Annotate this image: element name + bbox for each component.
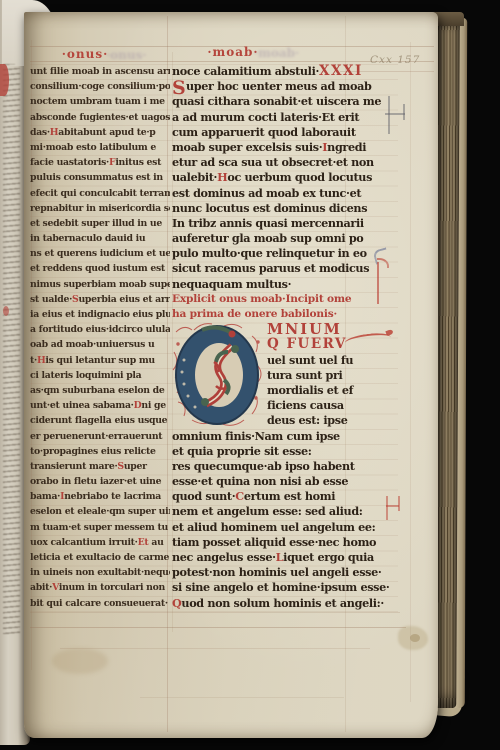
- text-segment-caps2: Q FUERV: [267, 336, 347, 352]
- manuscript-text-line: orabo in fletu iazer·et uine: [30, 474, 170, 489]
- facing-page-red-fleck: [3, 306, 9, 316]
- manuscript-text-line: potest·non hominis uel angeli esse·: [172, 565, 398, 580]
- text-segment-i: efecit qui conculcabit terram: [30, 188, 170, 199]
- parchment-stain: [410, 634, 420, 642]
- manuscript-text-line: et reddens quod iustum est: [30, 261, 170, 276]
- text-segment-i: ngredi: [327, 140, 366, 154]
- red-bracket-mark: [386, 496, 388, 520]
- manuscript-text-line: ha prima de onere babilonis·: [172, 307, 398, 322]
- text-segment-i: res quecumque·ab ipso habent: [172, 459, 355, 473]
- text-segment-i: consilium·coge consilium·pone: [30, 81, 170, 92]
- manuscript-text-line: puluis consummatus est in: [30, 170, 170, 185]
- text-segment-i: facie uastatoris·: [30, 157, 109, 168]
- text-segment-i: ficiens causa: [267, 398, 344, 412]
- text-segment-i: inum in torculari non: [59, 582, 165, 593]
- text-segment-i: uper hoc uenter meus ad moab: [186, 79, 371, 93]
- manuscript-text-line: etur ad sca sua ut obsecret·et non: [172, 155, 398, 170]
- manuscript-text-line: si sine angelo et homine·ipsum esse·: [172, 580, 398, 595]
- manuscript-text-line: nequaquam multus·: [172, 277, 398, 292]
- text-segment-r: Q: [172, 596, 181, 610]
- manuscript-text-line: et aliud hominem uel angelum ee:: [172, 520, 398, 535]
- text-segment-i: et reddens quod iustum est: [30, 263, 165, 274]
- manuscript-text-line: ci lateris loquimini pla: [30, 368, 170, 383]
- text-segment-i: nequaquam multus·: [172, 277, 291, 291]
- fore-edge-page-stack: [434, 20, 460, 708]
- text-segment-r: Et: [138, 537, 149, 548]
- manuscript-text-line: a fortitudo eius·idcirco ulula: [30, 322, 170, 337]
- manuscript-text-line: er peruenerunt·errauerunt: [30, 429, 170, 444]
- manuscript-text-line: leticia et exultacio de carme: [30, 550, 170, 565]
- manuscript-text-line: noce calamitium abstuli·XXXI: [172, 64, 398, 79]
- text-segment-r: Explicit onus moab·Incipit ome: [172, 293, 351, 305]
- manuscript-text-line: nimus superbiam moab super: [30, 277, 170, 292]
- manuscript-text-line: quod sunt·Certum est homi: [172, 489, 398, 504]
- text-segment-i: absconde fugientes·et uagos: [30, 112, 170, 123]
- ruling-line: [30, 627, 406, 628]
- manuscript-text-line: res quecumque·ab ipso habent: [172, 459, 398, 474]
- text-segment-i: uperbia eius et arro: [78, 294, 170, 305]
- text-column-left: unt filie moab in ascensu arno·consilium…: [30, 64, 170, 613]
- text-segment-i: a fortitudo eius·idcirco ulula: [30, 324, 170, 335]
- text-segment-r: ha prima de onere babilonis·: [172, 308, 337, 320]
- text-segment-i: orabo in fletu iazer·et uine: [30, 476, 161, 487]
- nota-mark-red-stem: [377, 262, 379, 304]
- text-segment-i: repnabitur in misericordia so: [30, 203, 170, 214]
- text-segment-i: ertum est homi: [244, 489, 335, 503]
- text-segment-i: ciderunt flagella eius usque: [30, 415, 167, 426]
- text-segment-i: t·: [30, 355, 37, 366]
- manuscript-text-line: cum apparuerit quod laborauit: [172, 125, 398, 140]
- manuscript-text-line: a ad murum cocti lateris·Et erit: [172, 110, 398, 125]
- manuscript-text-line: et sedebit super illud in ue: [30, 216, 170, 231]
- manuscript-text-line: moab super excelsis suis·Ingredi: [172, 140, 398, 155]
- ruling-line: [60, 648, 370, 649]
- manuscript-text-line: oab ad moab·uniuersus u: [30, 337, 170, 352]
- text-segment-i: sicut racemus paruus et modicus: [172, 261, 369, 275]
- manuscript-text-line: repnabitur in misericordia so: [30, 201, 170, 216]
- text-segment-i: unt filie moab in ascensu arno·: [30, 66, 170, 77]
- text-segment-i: abit·: [30, 582, 52, 593]
- text-segment-i: transierunt mare·: [30, 461, 117, 472]
- pencil-bracket-mark: [385, 113, 405, 115]
- text-segment-r: V: [52, 582, 59, 593]
- manuscript-text-line: to·propagines eius relicte: [30, 444, 170, 459]
- manuscript-text-line: noctem umbram tuam i me: [30, 94, 170, 109]
- text-segment-i: nimus superbiam moab super: [30, 279, 170, 290]
- text-segment-i: nec angelus esse·: [172, 550, 276, 564]
- manuscript-text-line: ciderunt flagella eius usque: [30, 413, 170, 428]
- manuscript-text-line: sicut racemus paruus et modicus: [172, 261, 398, 276]
- text-segment-i: in tabernaculo dauid iu: [30, 233, 145, 244]
- manuscript-text-line: transierunt mare·Super: [30, 459, 170, 474]
- text-segment-i: ualebit·: [172, 170, 217, 184]
- manuscript-text-line: eselon et eleale·qm super uin: [30, 504, 170, 519]
- text-segment-i: potest·non hominis uel angeli esse·: [172, 565, 381, 579]
- text-segment-i: omnium finis·Nam cum ipse: [172, 429, 340, 443]
- red-bracket-mark: [398, 496, 400, 511]
- manuscript-text-line: nec angelus esse·Liquet ergo quia: [172, 550, 398, 565]
- manuscript-text-line: auferetur gla moab sup omni po: [172, 231, 398, 246]
- text-segment-i: bama·: [30, 491, 60, 502]
- manuscript-text-line: unt filie moab in ascensu arno·: [30, 64, 170, 79]
- text-segment-i: pulo multo·que relinquetur in eo: [172, 246, 367, 260]
- text-segment-i: etur ad sca sua ut obsecret·et non: [172, 155, 374, 169]
- right-column-upper-text: noce calamitium abstuli·XXXISuper hoc ue…: [172, 64, 398, 292]
- text-segment-i: noctem umbram tuam i me: [30, 96, 165, 107]
- text-segment-i: nunc locutus est dominus dicens: [172, 201, 367, 215]
- running-header-right-offset-ghost: ·moab·: [254, 46, 299, 60]
- text-segment-i: initus est: [115, 157, 161, 168]
- rubric-block: Explicit onus moab·Incipit omeha prima d…: [172, 292, 398, 322]
- text-segment-i: a ad murum cocti lateris·Et erit: [172, 110, 359, 124]
- text-segment-i: deus est: ipse: [267, 413, 347, 427]
- text-segment-i: au: [148, 537, 163, 548]
- text-segment-i: si sine angelo et homine·ipsum esse·: [172, 580, 389, 594]
- text-segment-i: esse·et quina non nisi ab esse: [172, 474, 348, 488]
- manuscript-text-line: unt·et uinea sabama·Dni ge: [30, 398, 170, 413]
- text-segment-i: leticia et exultacio de carme: [30, 552, 169, 563]
- manuscript-text-line: nem et angelum esse: sed aliud:: [172, 504, 398, 519]
- text-segment-i: abitabunt apud te·p: [58, 127, 155, 138]
- manuscript-text-line: quasi cithara sonabit·et uiscera me: [172, 94, 398, 109]
- manuscript-text-line: tiam posset aliquid esse·nec homo: [172, 535, 398, 550]
- text-segment-i: m tuam·et super messem tu: [30, 522, 168, 533]
- text-segment-c: XXXI: [319, 64, 363, 79]
- manuscript-text-line: t·His qui letantur sup mu: [30, 353, 170, 368]
- text-segment-i: ns et querens iudicium et ue: [30, 248, 170, 259]
- text-segment-i: to·propagines eius relicte: [30, 446, 156, 457]
- text-segment-i: unt·et uinea sabama·: [30, 400, 134, 411]
- manuscript-text-line: uox calcantium irruit·Et au: [30, 535, 170, 550]
- parchment-stain: [52, 648, 108, 674]
- text-segment-i: das·: [30, 127, 50, 138]
- manuscript-text-line: m tuam·et super messem tu: [30, 520, 170, 535]
- manuscript-text-line: In tribz annis quasi mercennarii: [172, 216, 398, 231]
- text-segment-i: quod sunt·: [172, 489, 235, 503]
- pencil-bracket-mark: [388, 96, 390, 134]
- manuscript-text-line: omnium finis·Nam cum ipse: [172, 429, 398, 444]
- facing-page-text-edge: [3, 64, 20, 636]
- manuscript-text-line: consilium·coge consilium·pone: [30, 79, 170, 94]
- pencil-bracket-mark: [403, 104, 405, 120]
- manuscript-text-line: bama·Inebriabo te lacrima: [30, 489, 170, 504]
- running-header-left-offset-ghost: ·onus·: [106, 48, 147, 62]
- manuscript-text-line: abit·Vinum in torculari non: [30, 580, 170, 595]
- ruling-line-vertical: [410, 42, 411, 702]
- ruling-line: [140, 697, 344, 698]
- text-segment-r: H: [50, 127, 58, 138]
- text-segment-i: eselon et eleale·qm super uin: [30, 506, 170, 517]
- facing-page-red-initial-fragment: [0, 64, 9, 96]
- text-segment-r: H: [217, 170, 227, 184]
- text-segment-i: puluis consummatus est in: [30, 172, 163, 183]
- illuminated-initial-O: [172, 322, 262, 428]
- text-segment-i: et aliud hominem uel angelum ee:: [172, 520, 375, 534]
- text-segment-i: iquet ergo quia: [283, 550, 374, 564]
- text-segment-i: ni ge: [141, 400, 165, 411]
- manuscript-text-line: facie uastatoris·Finitus est: [30, 155, 170, 170]
- text-segment-i: nem et angelum esse: sed aliud:: [172, 504, 363, 518]
- text-segment-i: uox calcantium irruit·: [30, 537, 138, 548]
- manuscript-text-line: in tabernaculo dauid iu: [30, 231, 170, 246]
- text-segment-i: uod non solum hominis et angeli:·: [181, 596, 384, 610]
- manuscript-text-line: Super hoc uenter meus ad moab: [172, 79, 398, 94]
- manuscript-text-line: ualebit·Hoc uerbum quod locutus: [172, 170, 398, 185]
- photo-backdrop: { "artifact": { "type": "medieval manusc…: [0, 0, 500, 750]
- manuscript-text-line: Explicit onus moab·Incipit ome: [172, 292, 398, 307]
- text-segment-i: oab ad moab·uniuersus u: [30, 339, 154, 350]
- text-segment-i: er peruenerunt·errauerunt: [30, 431, 162, 442]
- manuscript-text-line: as·qm suburbana eselon de: [30, 383, 170, 398]
- manuscript-text-line: Quod non solum hominis et angeli:·: [172, 596, 398, 611]
- text-segment-i: oc uerbum quod locutus: [227, 170, 372, 184]
- manuscript-text-line: das·Habitabunt apud te·p: [30, 125, 170, 140]
- right-column-lower-text: omnium finis·Nam cum ipseet quia proprie…: [172, 429, 398, 611]
- manuscript-text-line: esse·et quina non nisi ab esse: [172, 474, 398, 489]
- text-segment-i: st ualde·: [30, 294, 72, 305]
- text-segment-i: is qui letantur sup mu: [45, 355, 154, 366]
- text-segment-i: as·qm suburbana eselon de: [30, 385, 164, 396]
- text-segment-r: C: [235, 489, 244, 503]
- text-segment-i: cum apparuerit quod laborauit: [172, 125, 356, 139]
- text-segment-i: mordialis et ef: [267, 383, 353, 397]
- text-segment-i: noce calamitium abstuli·: [172, 64, 319, 78]
- manuscript-text-line: st ualde·Superbia eius et arro: [30, 292, 170, 307]
- text-segment-i: et sedebit super illud in ue: [30, 218, 162, 229]
- manuscript-text-line: et quia proprie sit esse:: [172, 444, 398, 459]
- text-segment-i: mi·moab esto latibulum e: [30, 142, 156, 153]
- manuscript-text-line: efecit qui conculcabit terram: [30, 186, 170, 201]
- text-segment-i: uel sunt uel fu: [267, 353, 353, 367]
- text-segment-i: in uineis non exultabit·neque: [30, 567, 170, 578]
- text-segment-i: et quia proprie sit esse:: [172, 444, 312, 458]
- manuscript-text-line: pulo multo·que relinquetur in eo: [172, 246, 398, 261]
- text-segment-i: In tribz annis quasi mercennarii: [172, 216, 364, 230]
- manuscript-text-line: in uineis non exultabit·neque: [30, 565, 170, 580]
- text-segment-i: nebriabo te lacrima: [64, 491, 161, 502]
- manuscript-text-line: ia eius et indignacio eius plus: [30, 307, 170, 322]
- manuscript-text-line: ns et querens iudicium et ue: [30, 246, 170, 261]
- text-segment-i: est dominus ad moab ex tunc·et: [172, 186, 361, 200]
- text-segment-i: bit qui calcare consueuerat·: [30, 598, 168, 609]
- manuscript-text-line: est dominus ad moab ex tunc·et: [172, 186, 398, 201]
- manuscript-text-line: nunc locutus est dominus dicens: [172, 201, 398, 216]
- text-segment-i: ia eius et indignacio eius plus: [30, 309, 170, 320]
- text-segment-i: ci lateris loquimini pla: [30, 370, 141, 381]
- text-segment-i: tura sunt pri: [267, 368, 342, 382]
- text-segment-i: quasi cithara sonabit·et uiscera me: [172, 94, 381, 108]
- manuscript-text-line: absconde fugientes·et uagos: [30, 110, 170, 125]
- text-segment-i: tiam posset aliquid esse·nec homo: [172, 535, 376, 549]
- text-segment-i: uper: [124, 461, 147, 472]
- manuscript-text-line: mi·moab esto latibulum e: [30, 140, 170, 155]
- text-segment-i: moab super excelsis suis·: [172, 140, 322, 154]
- text-segment-i: auferetur gla moab sup omni po: [172, 231, 363, 245]
- manuscript-text-line: bit qui calcare consueuerat·: [30, 596, 170, 611]
